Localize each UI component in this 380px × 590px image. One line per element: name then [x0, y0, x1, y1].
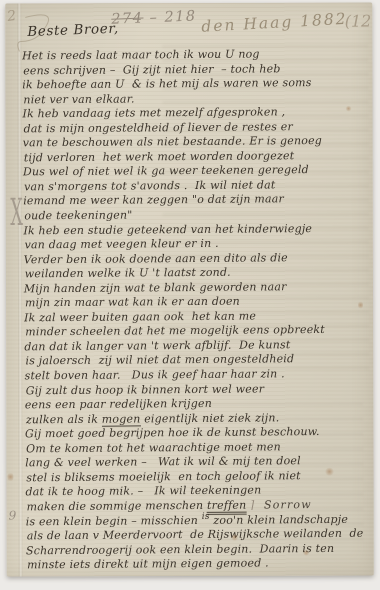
text-segment: stelt boven haar. Dus ik geef haar haar …: [25, 367, 285, 382]
stain: [231, 534, 239, 541]
text-segment: minder scheelen dat het me mogelijk eens…: [25, 323, 325, 338]
margin-bottom-mark: 9: [9, 508, 17, 522]
text-segment: eens schrijven – Gij zijt niet hier – to…: [23, 62, 280, 77]
letter-body: Het is reeds laat maar toch ik wou U nog…: [22, 47, 369, 573]
place-date: den Haag 1882: [201, 10, 348, 36]
letter-line: van te beschouwen als niet bestaande. Er…: [23, 134, 366, 151]
text-segment: Mijn handen zijn wat te blank geworden n…: [24, 280, 287, 295]
letter-line: Gij moet goed begrijpen hoe ik de kunst …: [25, 425, 368, 442]
margin-x-mark: X: [10, 193, 23, 236]
text-segment: maken die sommige menschen: [27, 499, 208, 513]
archive-numbers: 274 – 218: [111, 8, 197, 27]
text-segment: zoo'n klein landschapje: [210, 512, 348, 526]
text-segment: Dus wel of niet wel ik ga weer teekenen …: [23, 163, 309, 178]
text-segment: is een klein begin – misschien: [26, 513, 202, 527]
renumbered-number: – 218: [143, 8, 197, 26]
text-segment: weilanden welke ik U 't laatst zond.: [25, 266, 231, 281]
text-segment: eigentlijk niet ziek zijn.: [140, 411, 279, 425]
text-segment: minste iets direkt uit mijn eigen gemoed…: [27, 557, 269, 572]
text-segment: tijd verloren het werk moet worden doorg…: [24, 149, 295, 164]
text-segment: iemand me weer kan zeggen "o dat zijn ma…: [23, 193, 284, 208]
text-segment: mijn zin maar wat kan ik er aan doen: [25, 295, 240, 310]
text-segment: als de laan v Meerdervoort de Rijswijksc…: [27, 527, 364, 543]
text-segment: ⌉: [246, 498, 254, 511]
text-segment: dat ik te hoog mik. – Ik wil teekeningen: [25, 484, 261, 499]
text-segment: ik behoefte aan U & is het mij als waren…: [22, 76, 311, 91]
salutation: Beste Broer,: [27, 21, 119, 40]
stain: [346, 106, 352, 112]
letter-line: Scharrendroogerij ook een klein begin. D…: [26, 541, 369, 558]
text-segment: Verder ben ik ook doende aan een dito al…: [24, 251, 288, 266]
text-segment: stel is bliksems moeielijk en toch geloo…: [26, 469, 300, 484]
text-segment: zulken als ik: [26, 412, 102, 426]
text-segment: is: [202, 509, 210, 524]
stain: [303, 550, 310, 556]
text-segment: is jaloersch zij wil niet dat men ongest…: [25, 353, 294, 368]
text-segment: dat is mijn ongesteldheid of liever de r…: [24, 120, 293, 135]
text-segment: mogen: [102, 412, 141, 426]
text-segment: eens een paar redelijken krijgen: [25, 397, 212, 411]
letter-line: minste iets direkt uit mijn eigen gemoed…: [26, 556, 369, 573]
text-segment: Om te komen tot het waarachtige moet men: [26, 440, 281, 455]
text-segment: niet ver van elkaar.: [23, 92, 134, 106]
scanned-letter: 2 274 – 218 den Haag 1882 (12 Beste Broe…: [0, 0, 380, 590]
text-segment: dan dat ik langer van 't werk afblijf. D…: [24, 338, 290, 353]
letter-line: minder scheelen dat het me mogelijk eens…: [24, 323, 367, 340]
text-segment: van s'morgens tot s'avonds . Ik wil niet…: [24, 178, 276, 193]
text-segment: van daag met veegen kleur er in .: [24, 237, 218, 252]
letter-paper: 2 274 – 218 den Haag 1882 (12 Beste Broe…: [5, 3, 373, 577]
stain: [7, 471, 13, 482]
text-segment: oude teekeningen": [24, 208, 132, 222]
text-segment: Het is reeds laat maar toch ik wou U nog: [22, 47, 260, 62]
text-segment: Ik heb een studie geteekend van het kind…: [23, 222, 312, 237]
text-segment: Ik heb vandaag iets met mezelf afgesprok…: [22, 105, 285, 120]
text-segment: Gij zult dus hoop ik binnen kort wel wee…: [26, 382, 265, 397]
text-segment: Gij moet goed begrijpen hoe ik de kunst …: [25, 425, 320, 440]
text-segment: van te beschouwen als niet bestaande. Er…: [23, 134, 322, 149]
text-segment: Sorrow: [254, 498, 311, 511]
text-segment: Ik zal weer buiten gaan ook het kan me: [24, 309, 256, 324]
stain: [358, 301, 363, 310]
stain: [324, 468, 334, 476]
corner-pencil-mark: (12: [345, 12, 372, 31]
text-segment: Scharrendroogerij ook een klein begin. D…: [26, 541, 334, 556]
text-segment: lang & veel werken – Wat ik wil & mij te…: [25, 454, 301, 469]
